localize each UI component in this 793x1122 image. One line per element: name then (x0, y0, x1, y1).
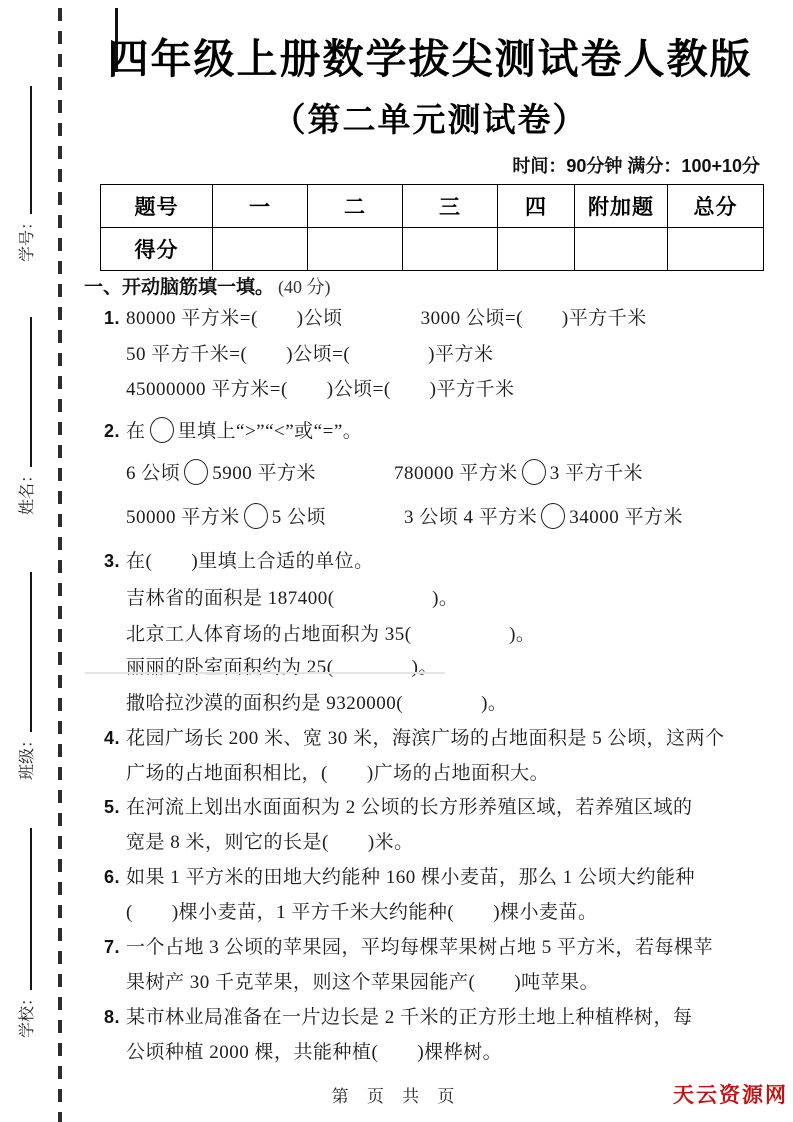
comparison-circle (184, 459, 208, 485)
question-text: 80000 平方米=( )公顷 3000 公顷=( )平方千米 (126, 308, 647, 329)
question-text: 45000000 平方米=( )公顷=( )平方千米 (126, 379, 515, 400)
score-cell (575, 228, 668, 271)
header-cell-question-no: 题号 (101, 185, 213, 228)
question-text: 在里填上“>”“<”或“=”。 (126, 421, 362, 442)
question-text: 丽丽的卧室面积约为 25( )。 (126, 657, 438, 678)
question-number: 7. (104, 937, 126, 958)
question-5-line-1: 5.在河流上划出水面面积为 2 公顷的长方形养殖区域，若养殖区域的 (104, 792, 693, 819)
question-text: 一个占地 3 公顷的苹果园，平均每棵苹果树占地 5 平方米，若每棵苹 (126, 937, 713, 958)
score-table-header-row: 题号 一 二 三 四 附加题 总分 (101, 185, 764, 228)
question-text: 公顷种植 2000 棵，共能种植( )棵桦树。 (126, 1042, 502, 1063)
score-cell (498, 228, 575, 271)
score-cell (308, 228, 403, 271)
seal-field-class: 班级： (10, 558, 40, 780)
comparison-circle (150, 417, 174, 443)
score-table: 题号 一 二 三 四 附加题 总分 得分 (100, 184, 764, 271)
question-number: 8. (104, 1007, 126, 1028)
question-3-line-3: 北京工人体育场的占地面积为 35( )。 (126, 619, 535, 646)
class-blank (10, 572, 32, 732)
score-table-score-row: 得分 (101, 228, 764, 271)
question-2-line-2: 6 公顷5900 平方米 780000 平方米3 平方千米 (126, 458, 643, 485)
section-points: (40 分) (278, 277, 331, 297)
header-cell-part-1: 一 (213, 185, 308, 228)
comparison-circle (541, 503, 565, 529)
school-label: 学校： (19, 990, 36, 1038)
question-4-line-1: 4.花园广场长 200 米、宽 30 米，海滨广场的占地面积是 5 公顷，这两个 (104, 723, 725, 750)
page-subtitle: （第二单元测试卷） (67, 94, 793, 141)
page-title: 四年级上册数学拔尖测试卷人教版 (67, 26, 793, 85)
question-text: 撒哈拉沙漠的面积约是 9320000( )。 (126, 693, 507, 714)
question-number: 3. (104, 551, 126, 572)
question-number: 2. (104, 421, 126, 442)
header-cell-bonus: 附加题 (575, 185, 668, 228)
question-2-line-1: 2.在里填上“>”“<”或“=”。 (104, 416, 362, 443)
question-text: 花园广场长 200 米、宽 30 米，海滨广场的占地面积是 5 公顷，这两个 (126, 728, 725, 749)
name-blank (10, 317, 32, 467)
header-cell-part-2: 二 (308, 185, 403, 228)
watermark: 天云资源网 (673, 1079, 788, 1109)
student-id-blank (10, 86, 32, 214)
question-text: 北京工人体育场的占地面积为 35( )。 (126, 624, 535, 645)
test-paper-page: 学号： 姓名： 班级： 学校： 四年级上册数学拔尖测试卷人教版 （第二单元测试卷… (0, 0, 793, 1122)
question-3-line-4: 丽丽的卧室面积约为 25( )。 (126, 652, 438, 679)
question-text: 在河流上划出水面面积为 2 公顷的长方形养殖区域，若养殖区域的 (126, 797, 693, 818)
question-3-line-1: 3.在( )里填上合适的单位。 (104, 546, 374, 573)
question-1-line-1: 1.80000 平方米=( )公顷 3000 公顷=( )平方千米 (104, 303, 647, 330)
question-number: 4. (104, 728, 126, 749)
question-text: 吉林省的面积是 187400( )。 (126, 588, 458, 609)
question-number: 6. (104, 867, 126, 888)
question-number: 1. (104, 308, 126, 329)
question-7-line-2: 果树产 30 千克苹果，则这个苹果园能产( )吨苹果。 (126, 967, 599, 994)
header-cell-part-3: 三 (403, 185, 498, 228)
section-heading-text: 一、开动脑筋填一填。 (84, 277, 274, 298)
comparison-circle (244, 503, 268, 529)
question-text: 如果 1 平方米的田地大约能种 160 棵小麦苗，那么 1 公顷大约能种 (126, 867, 695, 888)
question-3-line-2: 吉林省的面积是 187400( )。 (126, 583, 458, 610)
question-3-line-5: 撒哈拉沙漠的面积约是 9320000( )。 (126, 688, 507, 715)
student-id-label: 学号： (19, 214, 36, 262)
score-row-label: 得分 (101, 228, 213, 271)
question-text: 在( )里填上合适的单位。 (126, 551, 374, 572)
header-cell-total: 总分 (668, 185, 764, 228)
name-label: 姓名： (19, 467, 36, 515)
seal-field-school: 学校： (10, 813, 40, 1038)
school-blank (10, 828, 32, 990)
question-text: 6 公顷5900 平方米 780000 平方米3 平方千米 (126, 463, 643, 484)
question-1-line-2: 50 平方千米=( )公顷=( )平方米 (126, 339, 494, 366)
scan-artifact-line (85, 672, 445, 674)
score-cell (668, 228, 764, 271)
score-cell (213, 228, 308, 271)
question-4-line-2: 广场的占地面积相比，( )广场的占地面积大。 (126, 758, 549, 785)
header-cell-part-4: 四 (498, 185, 575, 228)
question-number: 5. (104, 797, 126, 818)
question-1-line-3: 45000000 平方米=( )公顷=( )平方千米 (126, 374, 515, 401)
question-text: 某市林业局准备在一片边长是 2 千米的正方形土地上种植桦树，每 (126, 1007, 693, 1028)
question-6-line-1: 6.如果 1 平方米的田地大约能种 160 棵小麦苗，那么 1 公顷大约能种 (104, 862, 695, 889)
question-7-line-1: 7.一个占地 3 公顷的苹果园，平均每棵苹果树占地 5 平方米，若每棵苹 (104, 932, 713, 959)
question-text: 果树产 30 千克苹果，则这个苹果园能产( )吨苹果。 (126, 972, 599, 993)
question-6-line-2: ( )棵小麦苗，1 平方千米大约能种( )棵小麦苗。 (126, 897, 598, 924)
question-8-line-1: 8.某市林业局准备在一片边长是 2 千米的正方形土地上种植桦树，每 (104, 1002, 693, 1029)
seal-field-name: 姓名： (10, 300, 40, 515)
score-cell (403, 228, 498, 271)
question-text: 宽是 8 米，则它的长是( )米。 (126, 832, 414, 853)
exam-info: 时间：90分钟 满分：100+10分 (0, 152, 760, 178)
comparison-circle (522, 459, 546, 485)
question-text: 50 平方千米=( )公顷=( )平方米 (126, 344, 494, 365)
section-heading: 一、开动脑筋填一填。 (40 分) (84, 272, 331, 299)
question-text: 广场的占地面积相比，( )广场的占地面积大。 (126, 763, 549, 784)
question-8-line-2: 公顷种植 2000 棵，共能种植( )棵桦树。 (126, 1037, 502, 1064)
class-label: 班级： (19, 732, 36, 780)
question-2-line-3: 50000 平方米5 公顷 3 公顷 4 平方米34000 平方米 (126, 502, 683, 529)
question-text: ( )棵小麦苗，1 平方千米大约能种( )棵小麦苗。 (126, 902, 598, 923)
question-5-line-2: 宽是 8 米，则它的长是( )米。 (126, 827, 414, 854)
question-text: 50000 平方米5 公顷 3 公顷 4 平方米34000 平方米 (126, 507, 683, 528)
